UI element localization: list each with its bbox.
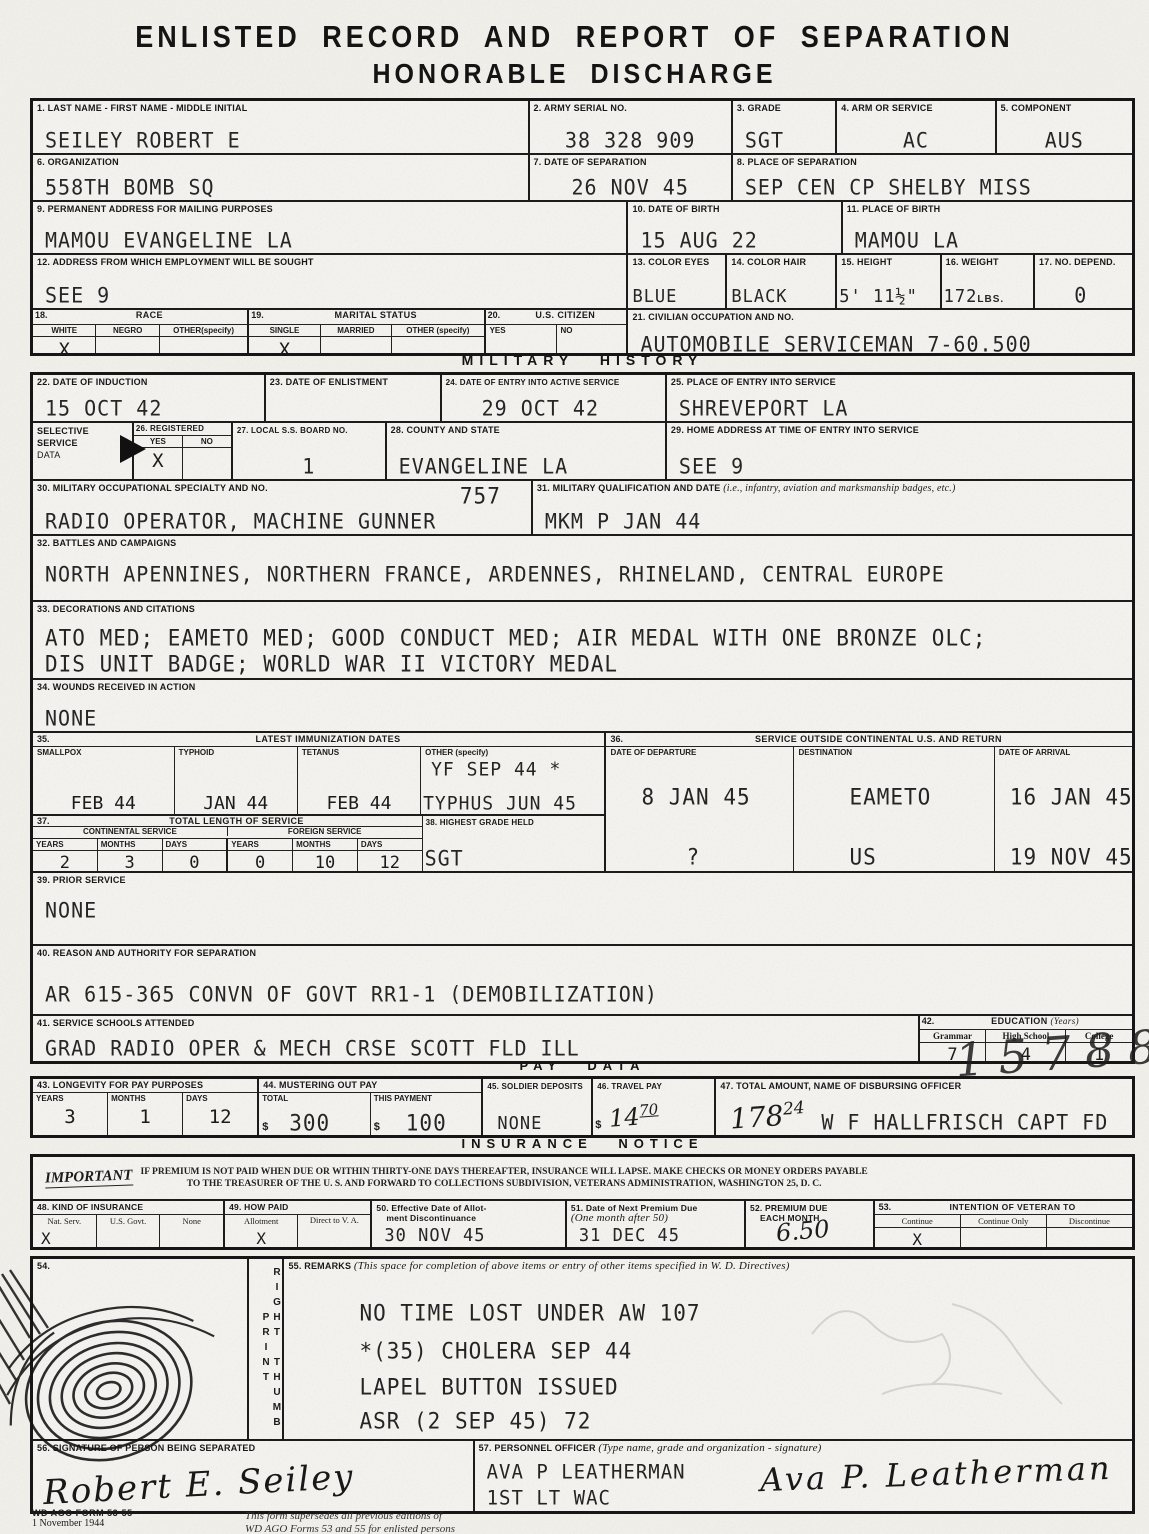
form-number-block: WD AGO FORM 53-55 1 November 1944 bbox=[32, 1508, 133, 1529]
how-paid-allotment: AllotmentX bbox=[225, 1215, 297, 1247]
length-of-service-row: 37.TOTAL LENGTH OF SERVICE CONTINENTAL S… bbox=[33, 816, 604, 871]
mustering-total: TOTAL $ 300 bbox=[259, 1093, 370, 1135]
insurance-important-row: IMPORTANT IF PREMIUM IS NOT PAID WHEN DU… bbox=[33, 1157, 1132, 1199]
box-29-value: SEE 9 bbox=[679, 453, 744, 478]
box-35-title: LATEST IMMUNIZATION DATES bbox=[56, 734, 601, 744]
box-42-number: 42. bbox=[922, 1016, 935, 1026]
registered-no-option: NO bbox=[182, 436, 231, 479]
box-19-title: MARITAL STATUS bbox=[270, 310, 482, 320]
box-8-value: SEP CEN CP SHELBY MISS bbox=[745, 174, 1032, 199]
box-4-arm-service: 4. ARM OR SERVICE AC bbox=[835, 101, 994, 153]
immunization-smallpox: SMALLPOXFEB 44 bbox=[33, 747, 174, 814]
box-21-label: 21. CIVILIAN OCCUPATION AND NO. bbox=[632, 312, 1128, 323]
page-subtitle: HONORABLE DISCHARGE bbox=[0, 58, 1149, 90]
box-23-date-enlistment: 23. DATE OF ENLISTMENT bbox=[264, 375, 440, 421]
total-currency: $ bbox=[262, 1121, 268, 1133]
box-11-place-of-birth: 11. PLACE OF BIRTH MAMOU LA bbox=[841, 202, 1132, 253]
immunization-other: OTHER (specify) YF SEP 44 * TYPHUS JUN 4… bbox=[420, 747, 604, 814]
box-34-value: NONE bbox=[45, 705, 97, 730]
box-38-label: 38. HIGHEST GRADE HELD bbox=[423, 816, 605, 829]
box-2-label: 2. ARMY SERIAL NO. bbox=[534, 103, 727, 114]
box-46-travel-pay: 46. TRAVEL PAY $ 1470 bbox=[591, 1079, 714, 1135]
box-13-value: BLUE bbox=[632, 287, 677, 308]
box-55-label: 55. REMARKS bbox=[288, 1261, 351, 1271]
arrival-1: 16 JAN 45 bbox=[1010, 784, 1133, 809]
box-33-line1: ATO MED; EAMETO MED; GOOD CONDUCT MED; A… bbox=[45, 625, 986, 650]
box-10-value: 15 AUG 22 bbox=[640, 227, 757, 252]
destination-col: DESTINATION EAMETO US bbox=[793, 747, 993, 871]
box-41-label: 41. SERVICE SCHOOLS ATTENDED bbox=[37, 1018, 914, 1029]
box-11-value: MAMOU LA bbox=[855, 227, 959, 252]
box-24-date-entry-active: 24. DATE OF ENTRY INTO ACTIVE SERVICE 29… bbox=[440, 375, 665, 421]
box-30-mos: 30. MILITARY OCCUPATIONAL SPECIALTY AND … bbox=[33, 481, 531, 534]
box-15-label: 15. HEIGHT bbox=[841, 257, 935, 268]
box-31-value: MKM P JAN 44 bbox=[545, 508, 702, 533]
box-46-label: 46. TRAVEL PAY bbox=[597, 1081, 710, 1092]
box-26-label: 26. REGISTERED bbox=[136, 423, 229, 434]
smallpox-date: FEB 44 bbox=[33, 758, 174, 814]
box-45-value: NONE bbox=[497, 1114, 542, 1135]
selective-service-block: SELECTIVE SERVICE DATA bbox=[33, 423, 132, 479]
mustering-this-payment: THIS PAYMENT $ 100 bbox=[370, 1093, 482, 1135]
box-49-label: 49. HOW PAID bbox=[227, 1201, 368, 1214]
disbursing-officer-name: W F HALLFRISCH CAPT FD bbox=[821, 1109, 1108, 1134]
box-33-label: 33. DECORATIONS AND CITATIONS bbox=[37, 604, 1128, 615]
thumbprint-image bbox=[0, 1268, 240, 1478]
insurance-none: None bbox=[159, 1215, 223, 1247]
box-3-label: 3. GRADE bbox=[737, 103, 831, 114]
box-52-value: 6.50 bbox=[775, 1215, 831, 1248]
selective-line1: SELECTIVE bbox=[37, 426, 89, 436]
box-16-weight: 16. WEIGHT 172LBS. bbox=[940, 255, 1033, 308]
box-27-value: 1 bbox=[233, 453, 385, 478]
box-38-highest-grade: 38. HIGHEST GRADE HELD SGT bbox=[422, 816, 605, 871]
remarks-line-4: ASR (2 SEP 45) 72 bbox=[359, 1408, 591, 1433]
cont-months: MONTHS3 bbox=[97, 839, 162, 871]
box-51-value: 31 DEC 45 bbox=[579, 1226, 680, 1247]
box-55-label-italic: (This space for completion of above item… bbox=[354, 1260, 790, 1272]
box-9-value: MAMOU EVANGELINE LA bbox=[45, 227, 293, 252]
insurance-block: IMPORTANT IF PREMIUM IS NOT PAID WHEN DU… bbox=[30, 1154, 1135, 1250]
intention-continue: ContinueX bbox=[875, 1215, 960, 1247]
box-2-serial-no: 2. ARMY SERIAL NO. 38 328 909 bbox=[528, 101, 731, 153]
box-3-grade: 3. GRADE SGT bbox=[731, 101, 835, 153]
box-18-race: 18.RACE WHITEX NEGRO OTHER(specify) bbox=[33, 310, 247, 353]
box-6-label: 6. ORGANIZATION bbox=[37, 157, 524, 168]
box-37-number: 37. bbox=[37, 816, 50, 826]
supersedes-note-line2: WD AGO Forms 53 and 55 for enlisted pers… bbox=[245, 1523, 455, 1534]
box-2-value: 38 328 909 bbox=[530, 127, 731, 152]
remarks-line-2: *(35) CHOLERA SEP 44 bbox=[359, 1338, 632, 1363]
box-12-value: SEE 9 bbox=[45, 282, 110, 307]
box-50-value: 30 NOV 45 bbox=[384, 1226, 485, 1247]
selective-arrow-icon bbox=[120, 435, 146, 463]
total-amount-cents: 24 bbox=[783, 1098, 806, 1119]
box-32-battles-campaigns: 32. BATTLES AND CAMPAIGNS NORTH APENNINE… bbox=[33, 536, 1132, 600]
box-9-label: 9. PERMANENT ADDRESS FOR MAILING PURPOSE… bbox=[37, 204, 622, 215]
box-25-value: SHREVEPORT LA bbox=[679, 395, 849, 420]
box-45-label: 45. SOLDIER DEPOSITS bbox=[487, 1081, 587, 1092]
box-29-home-address: 29. HOME ADDRESS AT TIME OF ENTRY INTO S… bbox=[665, 423, 1132, 479]
departure-2: ? bbox=[686, 844, 700, 869]
box-48-label: 48. KIND OF INSURANCE bbox=[35, 1201, 221, 1214]
marital-married-option: MARRIED bbox=[320, 325, 391, 353]
selective-line2: SERVICE bbox=[37, 438, 78, 448]
box-36-title: SERVICE OUTSIDE CONTINENTAL U.S. AND RET… bbox=[629, 734, 1128, 744]
box-25-place-entry: 25. PLACE OF ENTRY INTO SERVICE SHREVEPO… bbox=[665, 375, 1132, 421]
box-23-label: 23. DATE OF ENLISTMENT bbox=[270, 377, 436, 388]
citizen-no-option: NO bbox=[556, 325, 627, 353]
marital-other-option: OTHER (specify) bbox=[391, 325, 484, 353]
box-35-number: 35. bbox=[37, 734, 50, 744]
longevity-years: YEARS3 bbox=[33, 1093, 107, 1135]
direct-va-mark bbox=[298, 1226, 370, 1247]
payment-currency: $ bbox=[374, 1121, 380, 1133]
box-33-decorations: 33. DECORATIONS AND CITATIONS ATO MED; E… bbox=[33, 602, 1132, 678]
box-53-number: 53. bbox=[879, 1202, 892, 1212]
box-14-value: BLACK bbox=[731, 287, 787, 308]
box-13-color-eyes: 13. COLOR EYES BLUE bbox=[626, 255, 725, 308]
box-28-label: 28. COUNTY AND STATE bbox=[391, 425, 661, 436]
right-thumb-print-label: RIGHT THUMB PRINT bbox=[249, 1259, 282, 1439]
page-title: ENLISTED RECORD AND REPORT OF SEPARATION bbox=[0, 20, 1149, 55]
box-39-label: 39. PRIOR SERVICE bbox=[37, 875, 1128, 886]
box-1-label: 1. LAST NAME - FIRST NAME - MIDDLE INITI… bbox=[37, 103, 524, 114]
citizen-yes-mark bbox=[486, 336, 556, 353]
box-12-label: 12. ADDRESS FROM WHICH EMPLOYMENT WILL B… bbox=[37, 257, 622, 268]
immunization-typhoid: TYPHOIDJAN 44 bbox=[174, 747, 297, 814]
marital-married-mark bbox=[321, 337, 391, 353]
personnel-officer-name: AVA P LEATHERMAN bbox=[487, 1460, 686, 1483]
box-51-label2: (One month after 50) bbox=[571, 1212, 668, 1224]
how-paid-direct: Direct to V. A. bbox=[297, 1215, 370, 1247]
insurance-notice-band: INSURANCE NOTICE bbox=[30, 1136, 1135, 1151]
race-negro-mark bbox=[96, 337, 158, 353]
box-15-value: 5' 11½" bbox=[839, 287, 918, 308]
box-50-label1: 50. Effective Date of Allot- bbox=[376, 1203, 486, 1213]
box-18-title: RACE bbox=[54, 310, 246, 320]
allotment-mark: X bbox=[225, 1227, 297, 1248]
box-35-immunization: 35.LATEST IMMUNIZATION DATES SMALLPOXFEB… bbox=[33, 733, 604, 816]
box-52-label1: 52. PREMIUM DUE bbox=[750, 1203, 828, 1213]
box-7-value: 26 NOV 45 bbox=[530, 174, 731, 199]
important-line2: TO THE TREASURER OF THE U. S. AND FORWAR… bbox=[141, 1178, 868, 1190]
mustering-payment-value: 100 bbox=[406, 1110, 447, 1135]
box-43-longevity: 43. LONGEVITY FOR PAY PURPOSES YEARS3 MO… bbox=[33, 1079, 257, 1135]
box-43-label: 43. LONGEVITY FOR PAY PURPOSES bbox=[35, 1079, 255, 1092]
box-4-label: 4. ARM OR SERVICE bbox=[841, 103, 990, 114]
insurance-nat-serv: Nat. Serv.X bbox=[33, 1215, 96, 1247]
box-5-label: 5. COMPONENT bbox=[1001, 103, 1128, 114]
box-20-title: U.S. CITIZEN bbox=[506, 310, 624, 320]
destination-2: US bbox=[849, 844, 876, 869]
box-6-value: 558TH BOMB SQ bbox=[45, 174, 215, 199]
box-37-length-of-service: 37.TOTAL LENGTH OF SERVICE CONTINENTAL S… bbox=[33, 816, 422, 871]
box-7-date-separation: 7. DATE OF SEPARATION 26 NOV 45 bbox=[528, 155, 731, 200]
box-36-number: 36. bbox=[610, 734, 623, 744]
foreign-years: YEARS0 bbox=[226, 839, 292, 871]
citizen-no-mark bbox=[557, 336, 627, 353]
box-28-value: EVANGELINE LA bbox=[399, 453, 569, 478]
box-17-value: 0 bbox=[1035, 282, 1126, 307]
personnel-officer-grade: 1ST LT WAC bbox=[487, 1486, 611, 1509]
tetanus-date: FEB 44 bbox=[298, 758, 420, 814]
remarks-line-1: NO TIME LOST UNDER AW 107 bbox=[359, 1300, 700, 1325]
box-31-qualification: 31. MILITARY QUALIFICATION AND DATE (i.e… bbox=[531, 481, 1132, 534]
box-39-prior-service: 39. PRIOR SERVICE NONE bbox=[33, 873, 1132, 944]
longevity-months: MONTHS1 bbox=[107, 1093, 182, 1135]
military-history-block: 22. DATE OF INDUCTION 15 OCT 42 23. DATE… bbox=[30, 372, 1135, 1064]
continue-only-mark bbox=[961, 1228, 1046, 1247]
box-50-label2: ment Discontinuance bbox=[376, 1213, 476, 1223]
box-44-label: 44. MUSTERING OUT PAY bbox=[261, 1079, 479, 1092]
box-30-value: RADIO OPERATOR, MACHINE GUNNER bbox=[45, 508, 436, 533]
departure-col: DATE OF DEPARTURE 8 JAN 45 ? bbox=[606, 747, 793, 871]
other-immunization-2: TYPHUS JUN 45 bbox=[423, 792, 577, 814]
box-7-label: 7. DATE OF SEPARATION bbox=[534, 157, 727, 168]
box-44-mustering-out-pay: 44. MUSTERING OUT PAY TOTAL $ 300 THIS P… bbox=[257, 1079, 481, 1135]
destination-1: EAMETO bbox=[849, 784, 931, 809]
other-immunization-1: YF SEP 44 * bbox=[431, 758, 561, 780]
box-40-label: 40. REASON AND AUTHORITY FOR SEPARATION bbox=[37, 948, 1128, 959]
box-20-number: 20. bbox=[488, 310, 501, 320]
cont-days: DAYS0 bbox=[162, 839, 227, 871]
intention-discontinue: Discontinue bbox=[1046, 1215, 1132, 1247]
box-16-label: 16. WEIGHT bbox=[946, 257, 1029, 268]
continental-service-label: CONTINENTAL SERVICE bbox=[33, 827, 228, 836]
supersedes-note-line1: This form supersedes all previous editio… bbox=[245, 1510, 455, 1523]
military-history-band: MILITARY HISTORY bbox=[30, 352, 1135, 368]
marital-single-option: SINGLEX bbox=[249, 325, 319, 353]
discontinue-mark bbox=[1047, 1228, 1132, 1247]
thumbprint-strip: RIGHT THUMB PRINT bbox=[247, 1259, 282, 1439]
selective-line3: DATA bbox=[37, 450, 60, 460]
box-3-value: SGT bbox=[745, 127, 784, 152]
box-47-total-amount: 47. TOTAL AMOUNT, NAME OF DISBURSING OFF… bbox=[714, 1079, 1132, 1135]
foreign-service-label: FOREIGN SERVICE bbox=[228, 827, 422, 836]
box-14-label: 14. COLOR HAIR bbox=[731, 257, 831, 268]
total-amount-value: 17824 bbox=[729, 1097, 806, 1135]
box-10-label: 10. DATE OF BIRTH bbox=[632, 204, 836, 215]
race-white-option: WHITEX bbox=[33, 325, 95, 353]
box-14-color-hair: 14. COLOR HAIR BLACK bbox=[725, 255, 835, 308]
mustering-total-value: 300 bbox=[289, 1110, 330, 1135]
box-50-allotment-discontinuance: 50. Effective Date of Allot-ment Discont… bbox=[370, 1201, 565, 1247]
important-text: IF PREMIUM IS NOT PAID WHEN DUE OR WITHI… bbox=[141, 1166, 868, 1190]
box-34-wounds: 34. WOUNDS RECEIVED IN ACTION NONE bbox=[33, 680, 1132, 731]
travel-currency: $ bbox=[595, 1119, 601, 1131]
nat-serv-mark: X bbox=[33, 1227, 96, 1248]
box-30-label: 30. MILITARY OCCUPATIONAL SPECIALTY AND … bbox=[37, 483, 527, 494]
box-11-label: 11. PLACE OF BIRTH bbox=[847, 204, 1128, 215]
form-number: WD AGO FORM 53-55 bbox=[32, 1508, 133, 1518]
travel-pay-cents: 70 bbox=[639, 1100, 659, 1119]
citizen-yes-option: YES bbox=[486, 325, 556, 353]
box-4-value: AC bbox=[837, 127, 994, 152]
box-53-intention: 53.INTENTION OF VETERAN TO ContinueX Con… bbox=[873, 1201, 1132, 1247]
box-55-remarks: 55. REMARKS (This space for completion o… bbox=[282, 1259, 1132, 1439]
box-34-label: 34. WOUNDS RECEIVED IN ACTION bbox=[37, 682, 1128, 693]
box-25-label: 25. PLACE OF ENTRY INTO SERVICE bbox=[671, 377, 1128, 388]
arrival-2: 19 NOV 45 bbox=[1010, 844, 1133, 869]
box-21-civilian-occupation: 21. CIVILIAN OCCUPATION AND NO. AUTOMOBI… bbox=[626, 310, 1132, 353]
box-41-service-schools: 41. SERVICE SCHOOLS ATTENDED GRAD RADIO … bbox=[33, 1016, 918, 1061]
race-negro-option: NEGRO bbox=[95, 325, 158, 353]
box-16-value: 172LBS. bbox=[944, 287, 1005, 308]
box-41-value: GRAD RADIO OPER & MECH CRSE SCOTT FLD IL… bbox=[45, 1035, 580, 1060]
box-33-line2: DIS UNIT BADGE; WORLD WAR II VICTORY MED… bbox=[45, 651, 618, 676]
box-19-marital-status: 19.MARITAL STATUS SINGLEX MARRIED OTHER … bbox=[247, 310, 483, 353]
registered-no-mark bbox=[183, 448, 231, 479]
typhoid-date: JAN 44 bbox=[175, 758, 297, 814]
box-57-label: 57. PERSONNEL OFFICER bbox=[479, 1443, 596, 1453]
box-32-label: 32. BATTLES AND CAMPAIGNS bbox=[37, 538, 1128, 549]
box-28-county-state: 28. COUNTY AND STATE EVANGELINE LA bbox=[385, 423, 665, 479]
box-17-label: 17. NO. DEPEND. bbox=[1039, 257, 1122, 268]
box-16-unit: LBS. bbox=[977, 294, 1004, 306]
foreign-days: DAYS12 bbox=[357, 839, 422, 871]
personnel-officer-signature: Ava P. Leatherman bbox=[759, 1449, 1113, 1499]
departure-1: 8 JAN 45 bbox=[641, 784, 750, 809]
longevity-days: DAYS12 bbox=[182, 1093, 257, 1135]
other-immunization-label: OTHER (specify) bbox=[425, 748, 488, 757]
box-8-place-separation: 8. PLACE OF SEPARATION SEP CEN CP SHELBY… bbox=[731, 155, 1132, 200]
box-45-soldier-deposits: 45. SOLDIER DEPOSITS NONE bbox=[481, 1079, 591, 1135]
box-24-label: 24. DATE OF ENTRY INTO ACTIVE SERVICE bbox=[446, 377, 661, 388]
box-24-value: 29 OCT 42 bbox=[482, 395, 599, 420]
continue-mark: X bbox=[875, 1228, 960, 1249]
box-6-organization: 6. ORGANIZATION 558TH BOMB SQ bbox=[33, 155, 528, 200]
foreign-months: MONTHS10 bbox=[292, 839, 357, 871]
box-13-label: 13. COLOR EYES bbox=[632, 257, 721, 268]
box-22-value: 15 OCT 42 bbox=[45, 395, 162, 420]
immunization-tetanus: TETANUSFEB 44 bbox=[297, 747, 420, 814]
box-8-label: 8. PLACE OF SEPARATION bbox=[737, 157, 1128, 168]
box-29-label: 29. HOME ADDRESS AT TIME OF ENTRY INTO S… bbox=[671, 425, 1128, 436]
box-31-label-italic: (i.e., infantry, aviation and marksmansh… bbox=[723, 483, 955, 494]
box-9-mailing-address: 9. PERMANENT ADDRESS FOR MAILING PURPOSE… bbox=[33, 202, 626, 253]
box-37-title: TOTAL LENGTH OF SERVICE bbox=[56, 816, 418, 826]
box-1-last-name: 1. LAST NAME - FIRST NAME - MIDDLE INITI… bbox=[33, 101, 528, 153]
box-1-value: SEILEY ROBERT E bbox=[45, 127, 241, 152]
box-40-value: AR 615-365 CONVN OF GOVT RR1-1 (DEMOBILI… bbox=[45, 981, 658, 1006]
remarks-line-3: LAPEL BUTTON ISSUED bbox=[359, 1374, 618, 1399]
travel-pay-value: 1470 bbox=[608, 1100, 660, 1132]
box-40-reason-authority: 40. REASON AND AUTHORITY FOR SEPARATION … bbox=[33, 946, 1132, 1014]
intention-continue-only: Continue Only bbox=[960, 1215, 1046, 1247]
box-18-number: 18. bbox=[35, 310, 48, 320]
form-date: 1 November 1944 bbox=[32, 1518, 133, 1529]
insurance-us-govt: U.S. Govt. bbox=[96, 1215, 160, 1247]
box-12-employment-address: 12. ADDRESS FROM WHICH EMPLOYMENT WILL B… bbox=[33, 255, 626, 308]
box-52-premium-due: 52. PREMIUM DUEEACH MONTH 6.50 bbox=[744, 1201, 873, 1247]
box-26-registered: 26. REGISTERED YESX NO bbox=[132, 423, 231, 479]
box-15-height: 15. HEIGHT 5' 11½" bbox=[835, 255, 939, 308]
none-mark bbox=[160, 1227, 223, 1247]
marital-other-mark bbox=[392, 337, 484, 353]
box-30-mos-number: 757 bbox=[460, 483, 501, 508]
faint-scribble-artifact bbox=[792, 1274, 1092, 1434]
box-27-local-board: 27. LOCAL S.S. BOARD NO. 1 bbox=[231, 423, 385, 479]
box-17-dependents: 17. NO. DEPEND. 0 bbox=[1033, 255, 1126, 308]
box-48-kind-of-insurance: 48. KIND OF INSURANCE Nat. Serv.X U.S. G… bbox=[33, 1201, 223, 1247]
supersedes-note: This form supersedes all previous editio… bbox=[245, 1510, 455, 1534]
box-57-personnel-officer: 57. PERSONNEL OFFICER (Type name, grade … bbox=[473, 1441, 1132, 1511]
box-38-value: SGT bbox=[425, 845, 464, 870]
box-42-title: EDUCATION bbox=[991, 1016, 1047, 1026]
race-other-mark bbox=[160, 337, 247, 353]
box-53-title: INTENTION OF VETERAN TO bbox=[897, 1202, 1128, 1212]
box-10-date-of-birth: 10. DATE OF BIRTH 15 AUG 22 bbox=[626, 202, 840, 253]
box-20-us-citizen: 20.U.S. CITIZEN YES NO bbox=[484, 310, 627, 353]
discharge-form-page: ENLISTED RECORD AND REPORT OF SEPARATION… bbox=[0, 0, 1149, 1534]
box-49-how-paid: 49. HOW PAID AllotmentX Direct to V. A. bbox=[223, 1201, 370, 1247]
arrival-col: DATE OF ARRIVAL 16 JAN 45 19 NOV 45 bbox=[994, 747, 1132, 871]
box-47-label: 47. TOTAL AMOUNT, NAME OF DISBURSING OFF… bbox=[720, 1081, 1128, 1092]
important-word: IMPORTANT bbox=[45, 1167, 133, 1188]
box-27-label: 27. LOCAL S.S. BOARD NO. bbox=[237, 425, 381, 436]
box-51-next-premium-due: 51. Date of Next Premium Due(One month a… bbox=[565, 1201, 744, 1247]
important-line1: IF PREMIUM IS NOT PAID WHEN DUE OR WITHI… bbox=[141, 1166, 868, 1178]
box-5-component: 5. COMPONENT AUS bbox=[995, 101, 1132, 153]
box-57-label-italic: (Type name, grade and organization - sig… bbox=[598, 1442, 821, 1454]
cont-years: YEARS2 bbox=[33, 839, 97, 871]
box-22-date-induction: 22. DATE OF INDUCTION 15 OCT 42 bbox=[33, 375, 264, 421]
box-19-number: 19. bbox=[251, 310, 264, 320]
immunization-service-left: 35.LATEST IMMUNIZATION DATES SMALLPOXFEB… bbox=[33, 733, 604, 871]
identity-block: 1. LAST NAME - FIRST NAME - MIDDLE INITI… bbox=[30, 98, 1135, 356]
race-other-option: OTHER(specify) bbox=[159, 325, 247, 353]
box-32-value: NORTH APENNINES, NORTHERN FRANCE, ARDENN… bbox=[45, 561, 945, 586]
box-39-value: NONE bbox=[45, 897, 97, 922]
box-31-label: 31. MILITARY QUALIFICATION AND DATE bbox=[537, 483, 721, 493]
box-36-service-outside: 36.SERVICE OUTSIDE CONTINENTAL U.S. AND … bbox=[604, 733, 1132, 871]
us-govt-mark bbox=[97, 1227, 160, 1247]
box-22-label: 22. DATE OF INDUCTION bbox=[37, 377, 260, 388]
box-5-value: AUS bbox=[997, 127, 1132, 152]
